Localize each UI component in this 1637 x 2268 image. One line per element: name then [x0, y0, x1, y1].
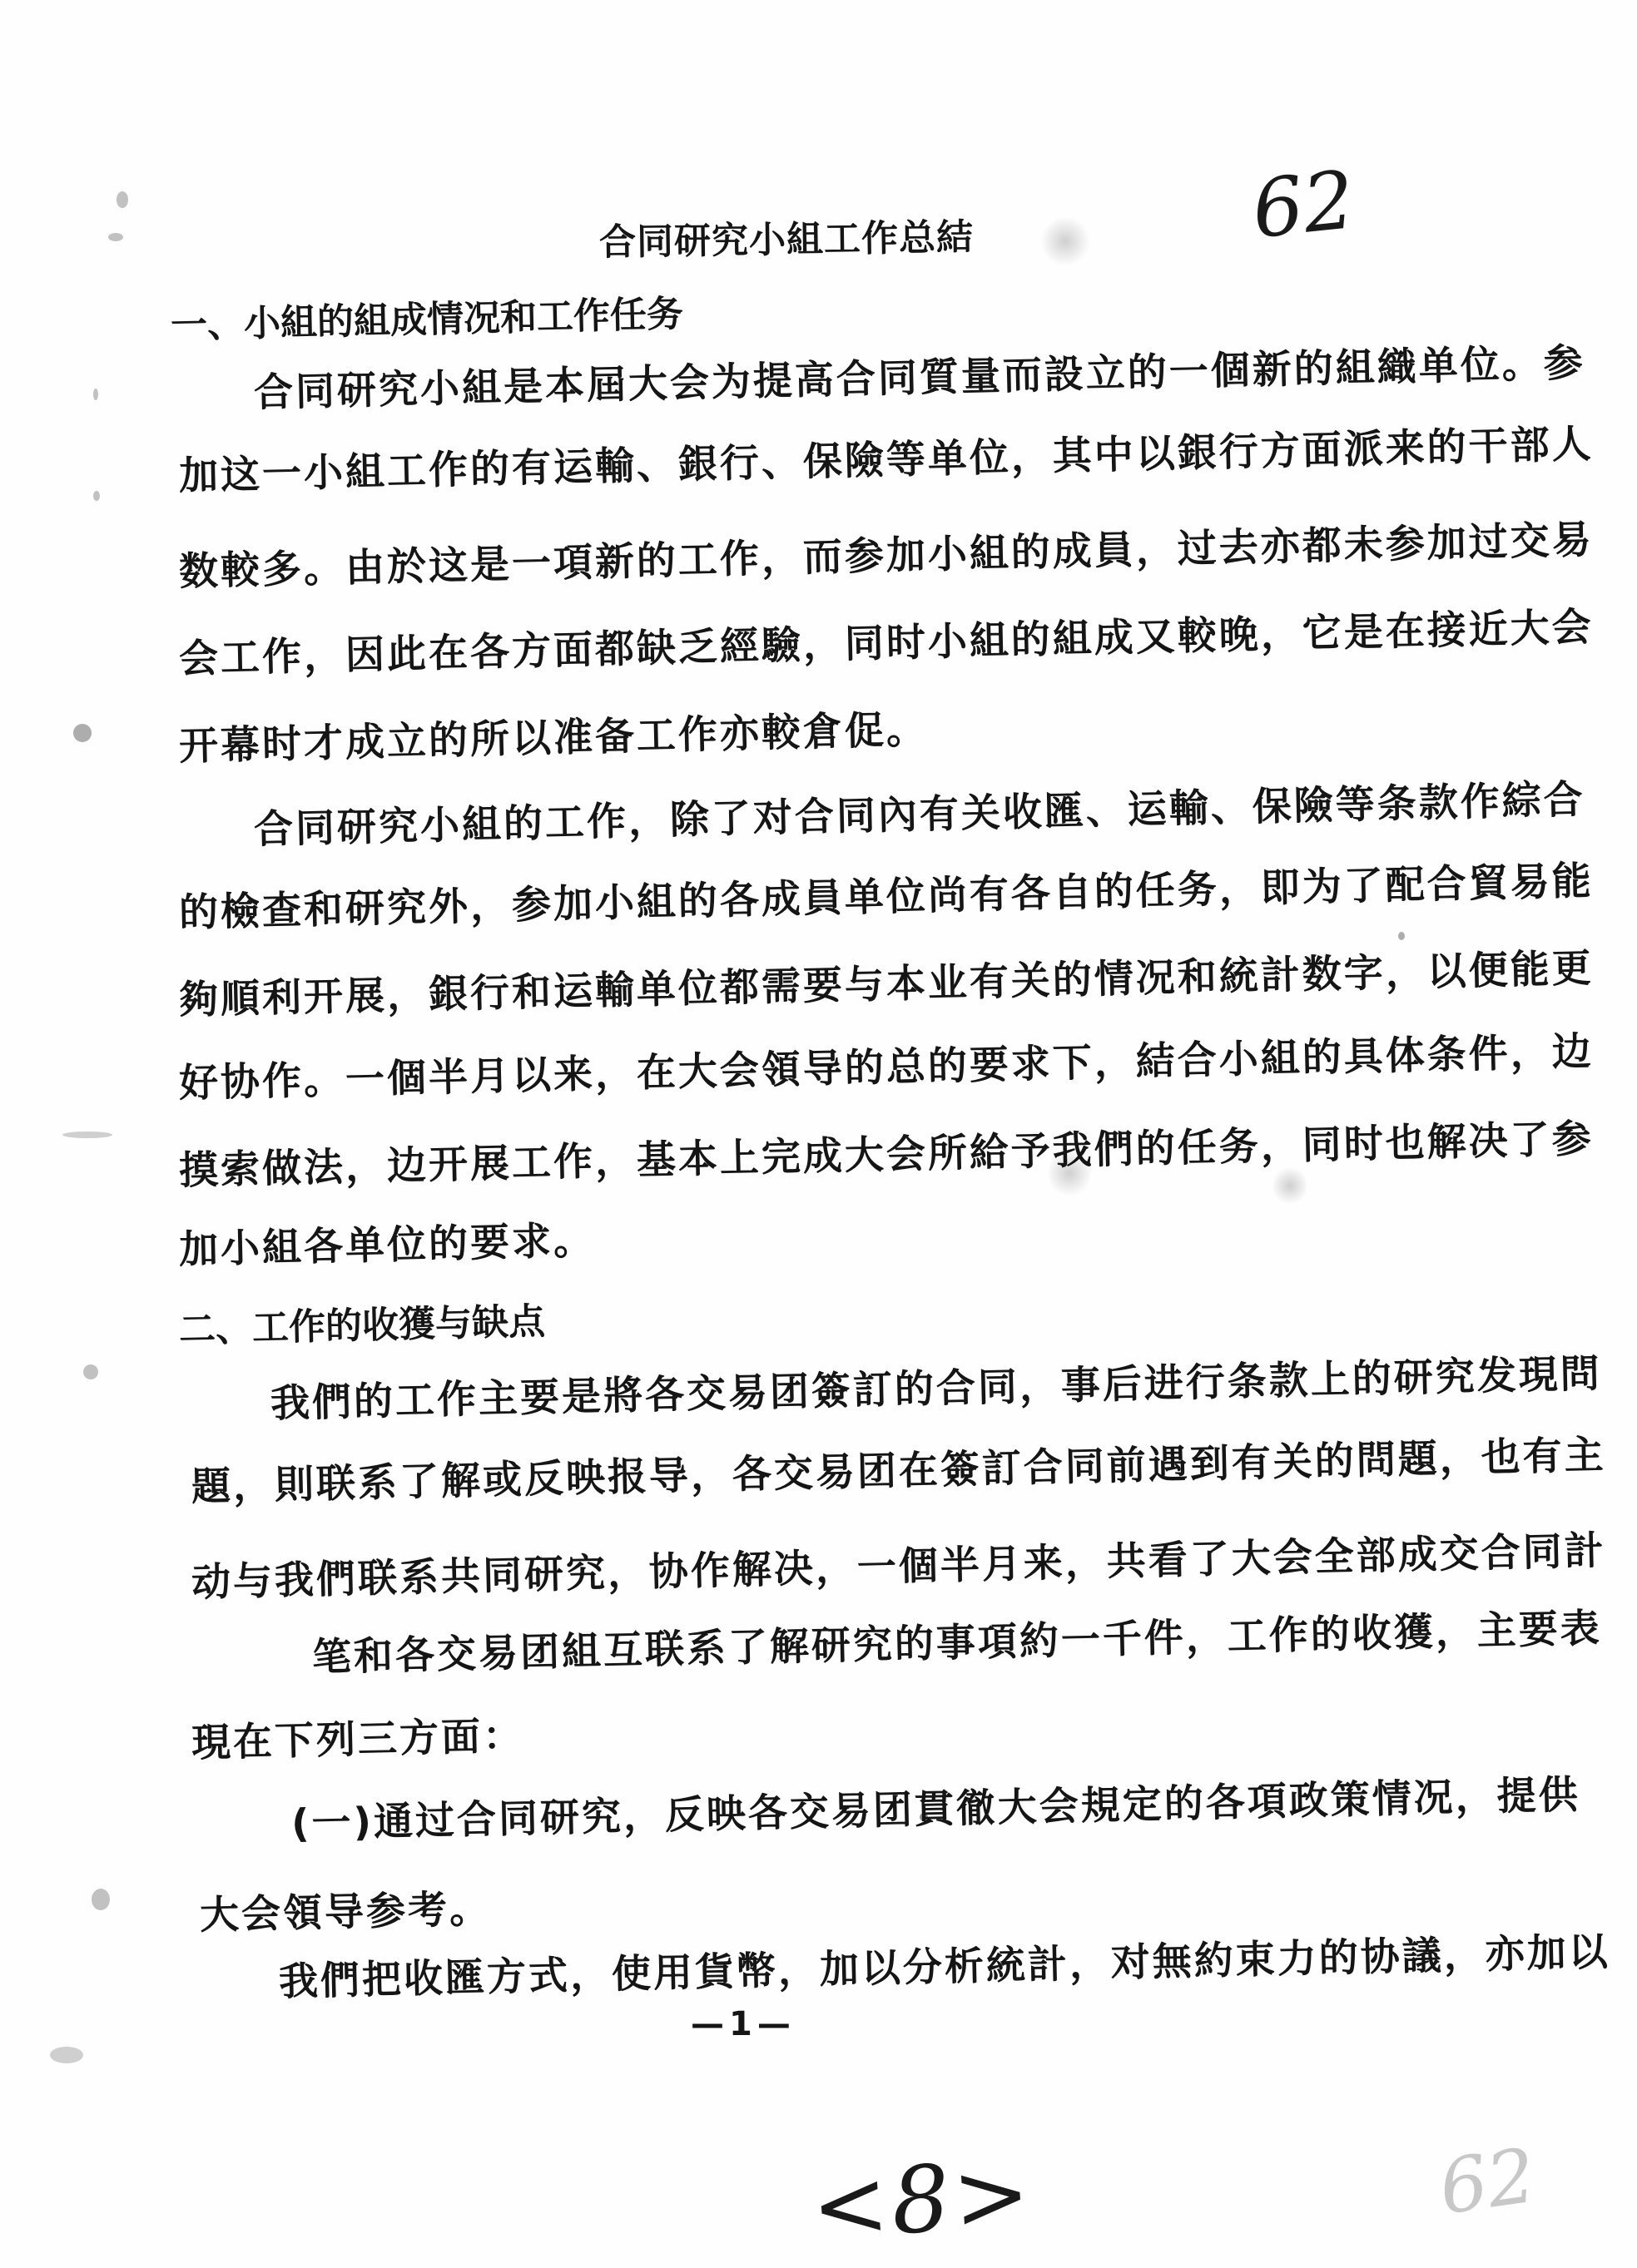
faint-handwritten-number: 62	[1434, 2132, 1540, 2232]
paragraph-line: 加小組各单位的要求。	[178, 1210, 595, 1275]
scan-smudge	[1040, 216, 1090, 266]
paragraph-line: 好协作。一個半月以来，在大会領导的总的要求下，結合小組的具体条件，边	[178, 1020, 1594, 1108]
paragraph-line: 夠順利开展，銀行和运輸单位都需要与本业有关的情况和統計数字，以便能更	[178, 937, 1594, 1025]
scan-speck	[117, 191, 128, 208]
paragraph-line: 摸索做法，边开展工作，基本上完成大会所給予我們的任务，同时也解决了参	[178, 1107, 1594, 1196]
section-heading-2: 二、工作的收獲与缺点	[178, 1291, 545, 1353]
paragraph-line: 会工作，因此在各方面都缺乏經驗，同时小組的組成又較晚，它是在接近大会	[178, 596, 1594, 684]
subsection-line: (一)通过合同研究，反映各交易团貫徹大会規定的各項政策情况，提供	[290, 1764, 1580, 1849]
scan-speck	[1398, 932, 1405, 940]
paragraph-line: 的檢查和研究外，参加小組的各成員单位尚有各自的任务，即为了配合貿易能	[178, 849, 1594, 938]
paragraph-line: 大会領导参考。	[199, 1878, 491, 1940]
scan-speck	[93, 491, 100, 501]
scan-speck	[50, 2047, 83, 2063]
paragraph-line: 題，則联系了解或反映报导，各交易团在簽訂合同前遇到有关的問題，也有主	[191, 1424, 1606, 1512]
scan-smudge	[1273, 1165, 1307, 1206]
paragraph-line: 数較多。由於这是一項新的工作，而参加小組的成員，过去亦都未参加过交易	[178, 508, 1594, 597]
paragraph-line: 合同研究小組是本屆大会为提高合同質量而設立的一個新的組織单位。参	[253, 332, 1585, 418]
scan-speck	[62, 1132, 112, 1138]
paragraph-line: 开幕时才成立的所以准备工作亦較倉促。	[178, 699, 928, 771]
scanned-document-page: 62 合同研究小組工作总結 一、小組的組成情况和工作任务 合同研究小組是本屆大会…	[0, 0, 1637, 2268]
scan-speck	[92, 1889, 110, 1910]
page-footer-number: —1—	[691, 2005, 796, 2043]
paragraph-line: 我們的工作主要是將各交易团簽訂的合同，事后进行条款上的研究发現問	[270, 1343, 1602, 1429]
document-title: 合同研究小組工作总結	[599, 207, 975, 265]
paragraph-line: 动与我們联系共同研究，协作解决，一個半月来，共看了大会全部成交合同計	[191, 1519, 1606, 1607]
section-heading-1: 一、小組的組成情况和工作任务	[170, 284, 683, 349]
handwritten-archive-number: <8>	[808, 2139, 1037, 2261]
scan-speck	[93, 389, 98, 400]
scan-speck	[73, 724, 92, 742]
paragraph-line: 合同研究小組的工作，除了对合同內有关收匯、运輸、保險等条款作綜合	[253, 769, 1585, 854]
paragraph-line: 笔和各交易团組互联系了解研究的事項約一千件，工作的收獲，主要表	[311, 1597, 1602, 1682]
paragraph-line: 現在下列三方面：	[191, 1705, 524, 1768]
scan-speck	[108, 233, 123, 241]
handwritten-page-number: 62	[1248, 153, 1358, 256]
paragraph-line: 加这一小組工作的有运輸、銀行、保險等单位，其中以銀行方面派来的干部人	[178, 413, 1594, 501]
scan-speck	[83, 1364, 98, 1379]
